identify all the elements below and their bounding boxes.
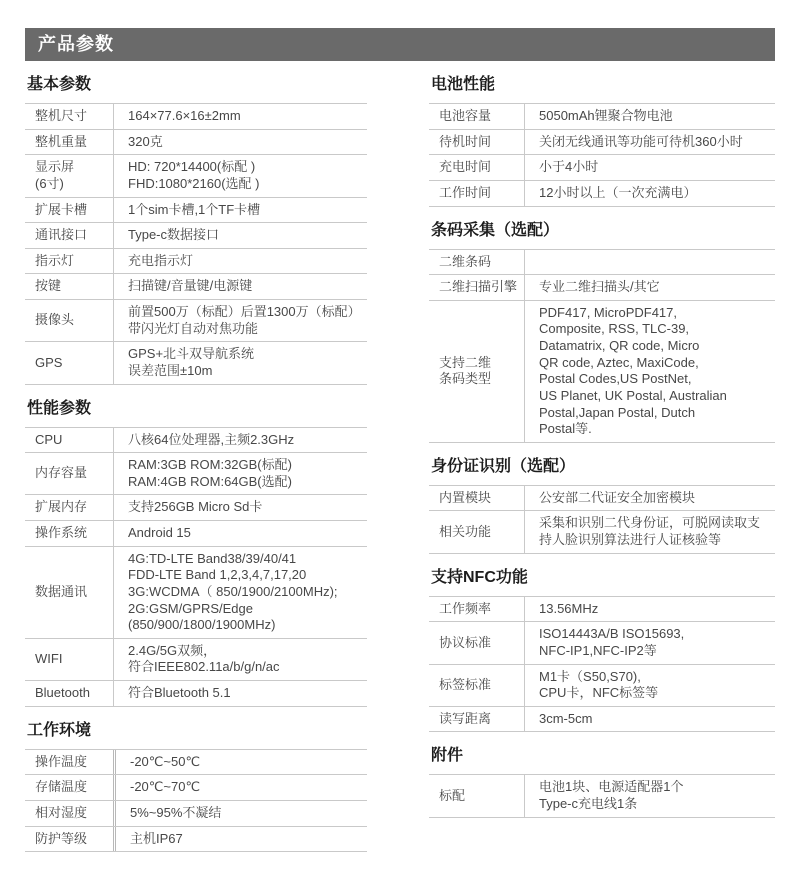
spec-label: 扩展卡槽: [25, 198, 113, 223]
spec-value: [524, 250, 775, 275]
spec-value: 3cm-5cm: [524, 707, 775, 732]
spec-row: 指示灯充电指示灯: [25, 249, 367, 275]
section-heading: 性能参数: [27, 399, 367, 419]
section-heading: 身份证识别（选配）: [431, 457, 775, 477]
spec-label: 操作系统: [25, 521, 113, 546]
section-heading: 条码采集（选配）: [431, 221, 775, 241]
spec-label: 显示屏 (6寸): [25, 155, 113, 196]
section-heading: 电池性能: [431, 75, 775, 95]
spec-label: 数据通讯: [25, 547, 113, 638]
spec-label: 二维扫描引擎: [429, 275, 524, 300]
spec-label: 指示灯: [25, 249, 113, 274]
spec-value: 电池1块、电源适配器1个 Type-c充电线1条: [524, 775, 775, 816]
page-title-bar: 产品参数: [25, 28, 775, 61]
spec-row: 操作系统Android 15: [25, 521, 367, 547]
spec-label: 内存容量: [25, 453, 113, 494]
spec-value: Android 15: [113, 521, 367, 546]
spec-value: PDF417, MicroPDF417, Composite, RSS, TLC…: [524, 301, 775, 442]
spec-value: 1个sim卡槽,1个TF卡槽: [113, 198, 367, 223]
spec-row: 待机时间关闭无线通讯等功能可待机360小时: [429, 130, 775, 156]
spec-value: M1卡（S50,S70), CPU卡，NFC标签等: [524, 665, 775, 706]
spec-value: Type-c数据接口: [113, 223, 367, 248]
spec-label: 待机时间: [429, 130, 524, 155]
spec-label: 电池容量: [429, 104, 524, 129]
spec-label: 充电时间: [429, 155, 524, 180]
spec-sheet-page: 产品参数 基本参数整机尺寸164×77.6×16±2mm整机重量320克显示屏 …: [0, 0, 800, 871]
spec-value: 关闭无线通讯等功能可待机360小时: [524, 130, 775, 155]
spec-row: 扩展卡槽1个sim卡槽,1个TF卡槽: [25, 198, 367, 224]
spec-table: 整机尺寸164×77.6×16±2mm整机重量320克显示屏 (6寸)HD: 7…: [25, 103, 367, 385]
spec-row: 内存容量RAM:3GB ROM:32GB(标配) RAM:4GB ROM:64G…: [25, 453, 367, 495]
spec-value: 2.4G/5G双频， 符合IEEE802.11a/b/g/n/ac: [113, 639, 367, 680]
spec-columns: 基本参数整机尺寸164×77.6×16±2mm整机重量320克显示屏 (6寸)H…: [25, 61, 775, 852]
spec-row: 充电时间小于4小时: [429, 155, 775, 181]
spec-label: 通讯接口: [25, 223, 113, 248]
spec-value: 符合Bluetooth 5.1: [113, 681, 367, 706]
spec-value: 13.56MHz: [524, 597, 775, 622]
spec-label: 防护等级: [25, 827, 113, 852]
spec-label: 标签标准: [429, 665, 524, 706]
spec-row: 防护等级主机IP67: [25, 827, 367, 853]
spec-row: 整机重量320克: [25, 130, 367, 156]
spec-row: 读写距离3cm-5cm: [429, 707, 775, 733]
spec-row: Bluetooth符合Bluetooth 5.1: [25, 681, 367, 707]
section-heading: 附件: [431, 746, 775, 766]
spec-row: 工作时间12小时以上（一次充满电）: [429, 181, 775, 207]
spec-row: 整机尺寸164×77.6×16±2mm: [25, 104, 367, 130]
spec-value: 5050mAh锂聚合物电池: [524, 104, 775, 129]
spec-row: 扩展内存支持256GB Micro Sd卡: [25, 495, 367, 521]
spec-label: 摄像头: [25, 300, 113, 341]
spec-value: 公安部二代证安全加密模块: [524, 486, 775, 511]
spec-row: 二维条码: [429, 250, 775, 276]
spec-label: 扩展内存: [25, 495, 113, 520]
spec-table: 工作频率13.56MHz协议标准ISO14443A/B ISO15693, NF…: [429, 596, 775, 733]
spec-label: WIFI: [25, 639, 113, 680]
spec-label: 二维条码: [429, 250, 524, 275]
spec-label: 内置模块: [429, 486, 524, 511]
spec-row: 显示屏 (6寸)HD: 720*14400(标配 ) FHD:1080*2160…: [25, 155, 367, 197]
spec-table: 操作温度-20℃~50℃存储温度-20℃~70℃相对湿度5%~95%不凝结防护等…: [25, 749, 367, 853]
spec-row: 标配电池1块、电源适配器1个 Type-c充电线1条: [429, 775, 775, 817]
spec-row: 协议标准ISO14443A/B ISO15693, NFC-IP1,NFC-IP…: [429, 622, 775, 664]
spec-table: 内置模块公安部二代证安全加密模块相关功能采集和识别二代身份证，可脱网读取支持人脸…: [429, 485, 775, 554]
section-heading: 工作环境: [27, 721, 367, 741]
spec-row: 相对湿度5%~95%不凝结: [25, 801, 367, 827]
spec-row: CPU八核64位处理器,主频2.3GHz: [25, 428, 367, 454]
spec-row: 支持二维 条码类型PDF417, MicroPDF417, Composite,…: [429, 301, 775, 443]
right-column: 电池性能电池容量5050mAh锂聚合物电池待机时间关闭无线通讯等功能可待机360…: [429, 61, 775, 818]
spec-value: 采集和识别二代身份证，可脱网读取支持人脸识别算法进行人证核验等: [524, 511, 775, 552]
spec-value: 5%~95%不凝结: [113, 801, 367, 826]
spec-label: GPS: [25, 342, 113, 383]
spec-label: 按键: [25, 274, 113, 299]
left-column: 基本参数整机尺寸164×77.6×16±2mm整机重量320克显示屏 (6寸)H…: [25, 61, 367, 852]
spec-value: GPS+北斗双导航系统 误差范围±10m: [113, 342, 367, 383]
section-heading: 支持NFC功能: [431, 568, 775, 588]
spec-value: 164×77.6×16±2mm: [113, 104, 367, 129]
section-heading: 基本参数: [27, 75, 367, 95]
spec-label: 读写距离: [429, 707, 524, 732]
spec-label: 工作时间: [429, 181, 524, 206]
spec-row: 通讯接口Type-c数据接口: [25, 223, 367, 249]
spec-row: GPSGPS+北斗双导航系统 误差范围±10m: [25, 342, 367, 384]
spec-table: 二维条码二维扫描引擎专业二维扫描头/其它支持二维 条码类型PDF417, Mic…: [429, 249, 775, 443]
spec-row: WIFI2.4G/5G双频， 符合IEEE802.11a/b/g/n/ac: [25, 639, 367, 681]
spec-row: 二维扫描引擎专业二维扫描头/其它: [429, 275, 775, 301]
page-title: 产品参数: [38, 34, 114, 54]
spec-row: 工作频率13.56MHz: [429, 597, 775, 623]
spec-value: 主机IP67: [113, 827, 367, 852]
spec-value: HD: 720*14400(标配 ) FHD:1080*2160(选配 ): [113, 155, 367, 196]
spec-table: CPU八核64位处理器,主频2.3GHz内存容量RAM:3GB ROM:32GB…: [25, 427, 367, 707]
spec-label: 协议标准: [429, 622, 524, 663]
spec-label: Bluetooth: [25, 681, 113, 706]
spec-value: 扫描键/音量键/电源键: [113, 274, 367, 299]
spec-row: 内置模块公安部二代证安全加密模块: [429, 486, 775, 512]
spec-row: 电池容量5050mAh锂聚合物电池: [429, 104, 775, 130]
spec-value: 4G:TD-LTE Band38/39/40/41 FDD-LTE Band 1…: [113, 547, 367, 638]
spec-row: 存储温度-20℃~70℃: [25, 775, 367, 801]
spec-label: 整机尺寸: [25, 104, 113, 129]
spec-value: ISO14443A/B ISO15693, NFC-IP1,NFC-IP2等: [524, 622, 775, 663]
spec-label: 标配: [429, 775, 524, 816]
spec-label: 整机重量: [25, 130, 113, 155]
spec-value: 12小时以上（一次充满电）: [524, 181, 775, 206]
spec-label: 工作频率: [429, 597, 524, 622]
spec-value: 320克: [113, 130, 367, 155]
spec-table: 标配电池1块、电源适配器1个 Type-c充电线1条: [429, 774, 775, 817]
spec-label: 相对湿度: [25, 801, 113, 826]
spec-value: RAM:3GB ROM:32GB(标配) RAM:4GB ROM:64GB(选配…: [113, 453, 367, 494]
spec-value: 专业二维扫描头/其它: [524, 275, 775, 300]
spec-row: 相关功能采集和识别二代身份证，可脱网读取支持人脸识别算法进行人证核验等: [429, 511, 775, 553]
spec-value: 小于4小时: [524, 155, 775, 180]
spec-label: 相关功能: [429, 511, 524, 552]
spec-value: 八核64位处理器,主频2.3GHz: [113, 428, 367, 453]
spec-row: 数据通讯4G:TD-LTE Band38/39/40/41 FDD-LTE Ba…: [25, 547, 367, 639]
spec-value: -20℃~70℃: [113, 775, 367, 800]
spec-label: 支持二维 条码类型: [429, 301, 524, 442]
spec-value: -20℃~50℃: [113, 750, 367, 775]
spec-table: 电池容量5050mAh锂聚合物电池待机时间关闭无线通讯等功能可待机360小时充电…: [429, 103, 775, 207]
spec-label: 存储温度: [25, 775, 113, 800]
spec-row: 按键扫描键/音量键/电源键: [25, 274, 367, 300]
spec-row: 操作温度-20℃~50℃: [25, 750, 367, 776]
spec-label: CPU: [25, 428, 113, 453]
spec-value: 前置500万（标配）后置1300万（标配） 带闪光灯自动对焦功能: [113, 300, 367, 341]
spec-label: 操作温度: [25, 750, 113, 775]
spec-row: 摄像头前置500万（标配）后置1300万（标配） 带闪光灯自动对焦功能: [25, 300, 367, 342]
spec-value: 支持256GB Micro Sd卡: [113, 495, 367, 520]
spec-value: 充电指示灯: [113, 249, 367, 274]
spec-row: 标签标准M1卡（S50,S70), CPU卡，NFC标签等: [429, 665, 775, 707]
